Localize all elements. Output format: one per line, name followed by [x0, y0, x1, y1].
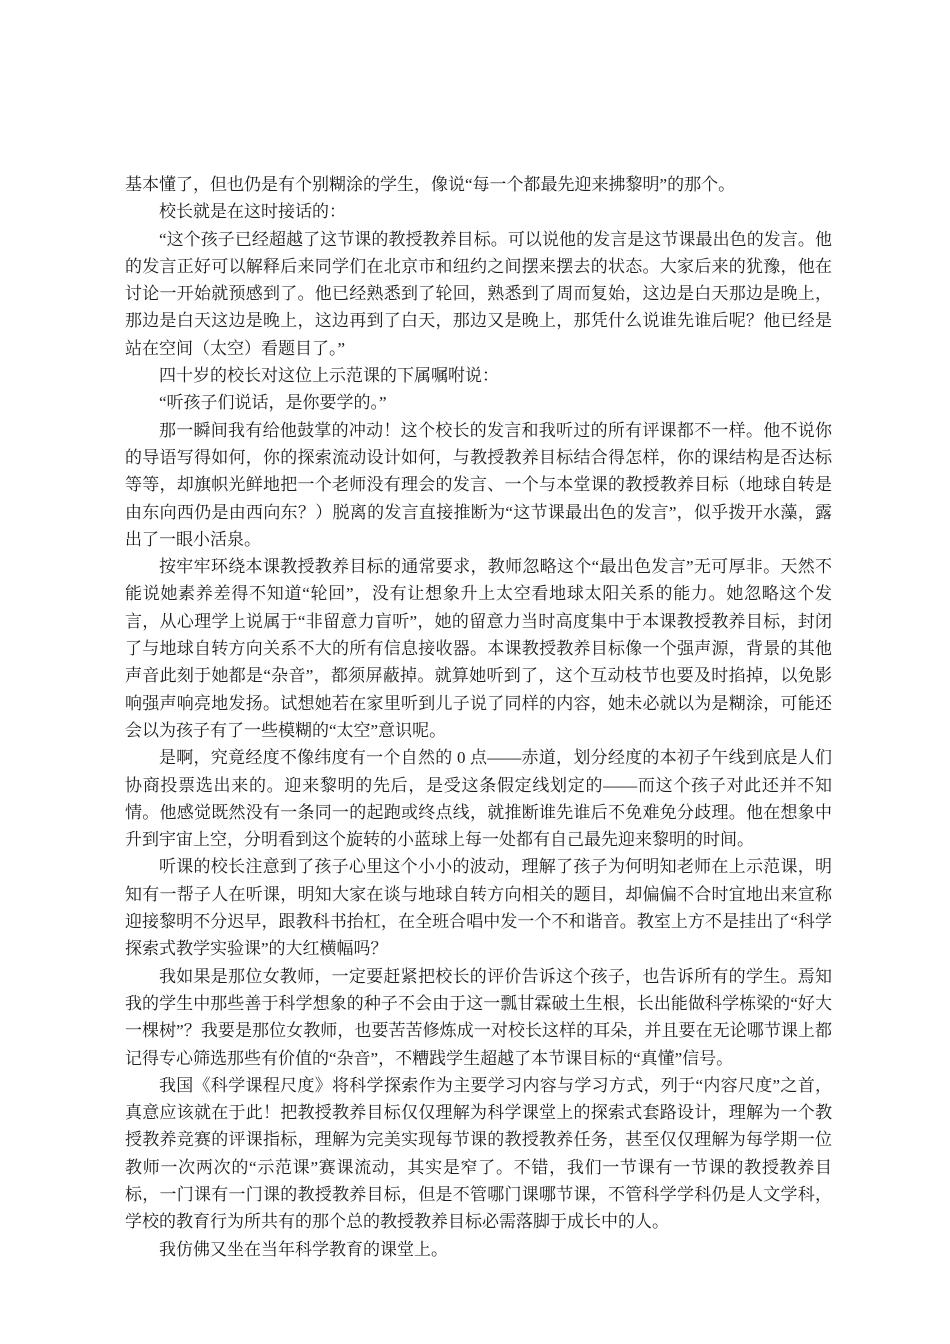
paragraph: 四十岁的校长对这位上示范课的下属嘱咐说： [125, 362, 832, 389]
paragraph: 基本懂了，但也仍是有个别糊涂的学生，像说“每一个都最先迎来拂黎明”的那个。 [125, 171, 832, 198]
paragraph: 我如果是那位女教师，一定要赶紧把校长的评价告诉这个孩子，也告诉所有的学生。焉知我… [125, 963, 832, 1072]
paragraph: 听课的校长注意到了孩子心里这个小小的波动，理解了孩子为何明知老师在上示范课，明知… [125, 853, 832, 962]
paragraph: 我仿佛又坐在当年科学教育的课堂上。 [125, 1236, 832, 1263]
paragraph: 那一瞬间我有给他鼓掌的冲动！这个校长的发言和我听过的所有评课都不一样。他不说你的… [125, 417, 832, 553]
paragraph: “听孩子们说话，是你要学的。” [125, 389, 832, 416]
paragraph: 按牢牢环绕本课教授教养目标的通常要求，教师忽略这个“最出色发言”无可厚非。天然不… [125, 553, 832, 744]
paragraph: “这个孩子已经超越了这节课的教授教养目标。可以说他的发言是这节课最出色的发言。他… [125, 226, 832, 362]
document-body: 基本懂了，但也仍是有个别糊涂的学生，像说“每一个都最先迎来拂黎明”的那个。校长就… [125, 171, 832, 1263]
paragraph: 是啊，究竟经度不像纬度有一个自然的 0 点——赤道，划分经度的本初子午线到底是人… [125, 744, 832, 853]
document-page: 基本懂了，但也仍是有个别糊涂的学生，像说“每一个都最先迎来拂黎明”的那个。校长就… [0, 0, 950, 1344]
paragraph: 校长就是在这时接话的： [125, 198, 832, 225]
paragraph: 我国《科学课程尺度》将科学探索作为主要学习内容与学习方式，列于“内容尺度”之首，… [125, 1072, 832, 1236]
